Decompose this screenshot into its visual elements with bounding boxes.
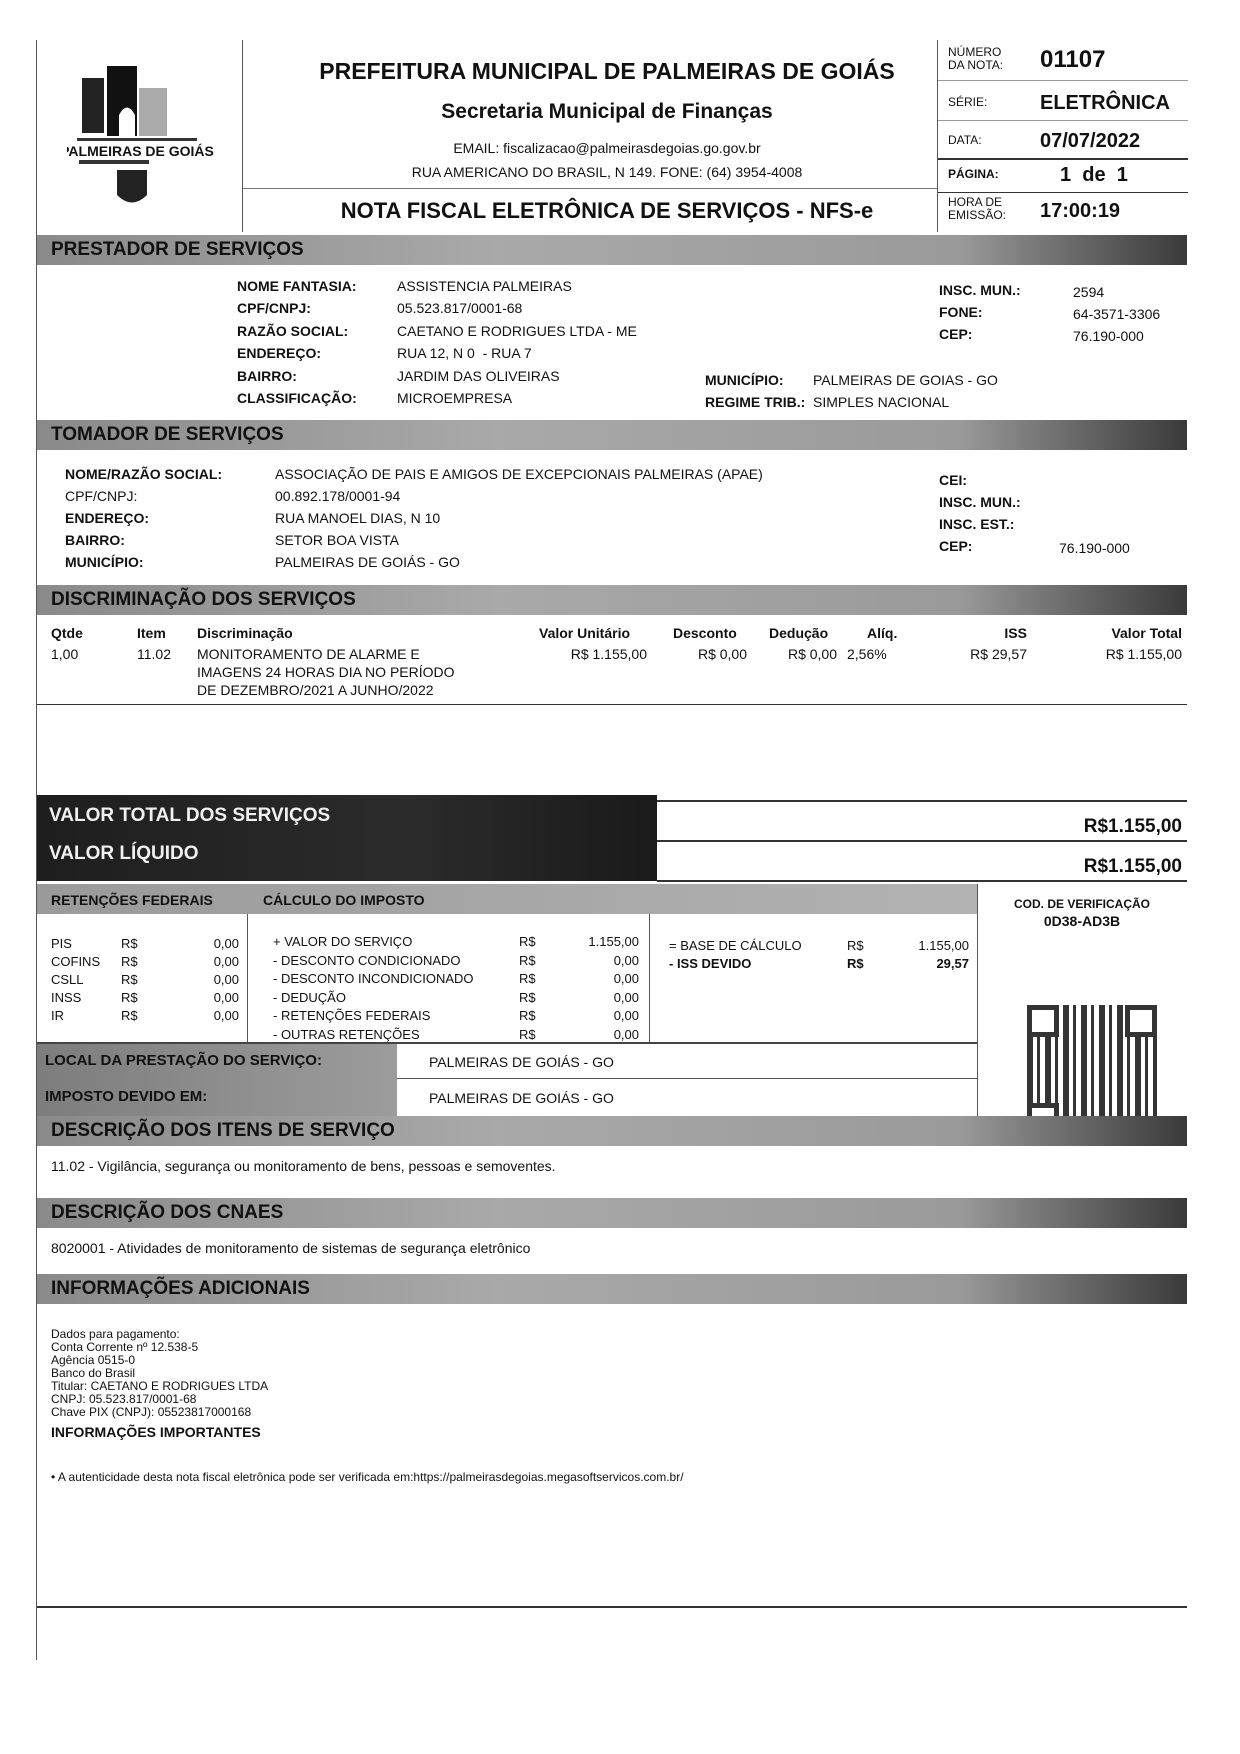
base-calculo-currency: R$ <box>847 956 864 971</box>
serie-label: SÉRIE: <box>948 96 987 109</box>
calculo-currency: R$ <box>519 953 536 968</box>
prestador-label: BAIRRO: <box>237 368 297 384</box>
prestador-fone: 64-3571-3306 <box>1073 306 1160 322</box>
tomador-label: NOME/RAZÃO SOCIAL: <box>65 466 222 482</box>
base-calculo-currency: R$ <box>847 938 864 953</box>
valor-liquido-label: VALOR LÍQUIDO <box>49 843 199 865</box>
section-tomador: TOMADOR DE SERVIÇOS <box>37 420 1187 450</box>
calculo-label: - DEDUÇÃO <box>273 990 346 1005</box>
prestador-cep: 76.190-000 <box>1073 328 1144 344</box>
cnaes-text: 8020001 - Atividades de monitoramento de… <box>51 1240 530 1256</box>
prestador-endereco: RUA 12, N 0 - RUA 7 <box>397 345 532 361</box>
prestador-label: CEP: <box>939 326 972 342</box>
retencao-currency: R$ <box>121 954 138 969</box>
prestador-label: FONE: <box>939 304 983 320</box>
retencao-label: IR <box>51 1008 64 1023</box>
retencao-value: 0,00 <box>177 954 239 969</box>
calculo-value: 1.155,00 <box>557 934 639 949</box>
prefeitura-title: PREFEITURA MUNICIPAL DE PALMEIRAS DE GOI… <box>257 58 957 85</box>
data-label: DATA: <box>948 134 982 147</box>
retencao-label: CSLL <box>51 972 84 987</box>
calculo-label: - RETENÇÕES FEDERAIS <box>273 1008 430 1023</box>
imposto-devido-label: IMPOSTO DEVIDO EM: <box>45 1088 207 1105</box>
payment-info-line: Chave PIX (CNPJ): 05523817000168 <box>51 1406 268 1419</box>
retencao-currency: R$ <box>121 1008 138 1023</box>
retencao-label: INSS <box>51 990 81 1005</box>
row-qtde: 1,00 <box>51 646 78 662</box>
col-iss: ISS <box>957 625 1027 641</box>
row-desconto: R$ 0,00 <box>667 646 747 662</box>
municipal-logo: PALMEIRAS DE GOIÁS <box>67 60 227 220</box>
retencao-value: 0,00 <box>177 972 239 987</box>
calculo-value: 0,00 <box>557 971 639 986</box>
col-discriminacao: Discriminação <box>197 625 293 641</box>
calculo-label: - DESCONTO CONDICIONADO <box>273 953 461 968</box>
retencao-label: PIS <box>51 936 72 951</box>
section-adicionais: INFORMAÇÕES ADICIONAIS <box>37 1274 1187 1304</box>
document-title: NOTA FISCAL ELETRÔNICA DE SERVIÇOS - NFS… <box>257 198 957 224</box>
totals-label-block: VALOR TOTAL DOS SERVIÇOS VALOR LÍQUIDO <box>37 795 657 881</box>
verification-label: COD. DE VERIFICAÇÃO <box>987 897 1177 911</box>
retencao-label: COFINS <box>51 954 100 969</box>
note-number: 01107 <box>1040 46 1105 74</box>
col-aliquota: Alíq. <box>867 625 897 641</box>
tomador-label: MUNICÍPIO: <box>65 554 144 570</box>
row-valor-total: R$ 1.155,00 <box>1067 646 1182 662</box>
prestador-bairro: JARDIM DAS OLIVEIRAS <box>397 368 560 384</box>
nfse-document: PALMEIRAS DE GOIÁS PREFEITURA MUNICIPAL … <box>36 40 1187 1660</box>
section-discriminacao: DISCRIMINAÇÃO DOS SERVIÇOS <box>37 585 1187 615</box>
section-itens-servico: DESCRIÇÃO DOS ITENS DE SERVIÇO <box>37 1116 1187 1146</box>
calculo-label: - DESCONTO INCONDICIONADO <box>273 971 474 986</box>
prestador-label: MUNICÍPIO: <box>705 372 784 388</box>
pagina-label: PÁGINA: <box>948 168 999 181</box>
calculo-label: + VALOR DO SERVIÇO <box>273 934 412 949</box>
prestador-cnpj: 05.523.817/0001-68 <box>397 300 522 316</box>
page-indicator: 1 de 1 <box>1060 164 1128 187</box>
tomador-municipio: PALMEIRAS DE GOIÁS - GO <box>275 554 460 570</box>
base-calculo-value: 1.155,00 <box>877 938 969 953</box>
col-valor-total: Valor Total <box>1077 625 1182 641</box>
prestador-label: ENDEREÇO: <box>237 345 321 361</box>
retencao-currency: R$ <box>121 936 138 951</box>
base-calculo-label: - ISS DEVIDO <box>669 956 751 971</box>
row-discriminacao-line: IMAGENS 24 HORAS DIA NO PERÍODO <box>197 664 455 680</box>
prestador-insc-mun: 2594 <box>1073 284 1104 300</box>
prestador-razao-social: CAETANO E RODRIGUES LTDA - ME <box>397 323 637 339</box>
tomador-nome: ASSOCIAÇÃO DE PAIS E AMIGOS DE EXCEPCION… <box>275 466 763 482</box>
row-valor-unitario: R$ 1.155,00 <box>537 646 647 662</box>
contact-email: EMAIL: fiscalizacao@palmeirasdegoias.go.… <box>257 140 957 156</box>
numero-label: NÚMERODA NOTA: <box>948 46 1003 72</box>
tomador-label: ENDEREÇO: <box>65 510 149 526</box>
retencoes-title: RETENÇÕES FEDERAIS <box>51 892 213 908</box>
prestador-label: NOME FANTASIA: <box>237 278 357 294</box>
prestador-label: RAZÃO SOCIAL: <box>237 323 348 339</box>
calculo-title: CÁLCULO DO IMPOSTO <box>263 892 425 908</box>
prestador-municipio: PALMEIRAS DE GOIAS - GO <box>813 372 998 388</box>
retencao-currency: R$ <box>121 990 138 1005</box>
retencao-value: 0,00 <box>177 936 239 951</box>
tomador-bairro: SETOR BOA VISTA <box>275 532 399 548</box>
prestador-classificacao: MICROEMPRESA <box>397 390 512 406</box>
authenticity-note: • A autenticidade desta nota fiscal elet… <box>51 1470 684 1484</box>
imposto-devido-value: PALMEIRAS DE GOIÁS - GO <box>429 1090 614 1106</box>
row-aliquota: 2,56% <box>847 646 887 662</box>
note-meta-box: NÚMERODA NOTA: 01107 SÉRIE: ELETRÔNICA D… <box>937 40 1188 232</box>
local-prestacao-label: LOCAL DA PRESTAÇÃO DO SERVIÇO: <box>45 1052 322 1069</box>
issue-time: 17:00:19 <box>1040 200 1120 223</box>
calculo-currency: R$ <box>519 971 536 986</box>
prestador-nome-fantasia: ASSISTENCIA PALMEIRAS <box>397 278 572 294</box>
col-item: Item <box>137 625 166 641</box>
verification-code: 0D38-AD3B <box>987 913 1177 929</box>
col-qtde: Qtde <box>51 625 83 641</box>
row-item: 11.02 <box>137 646 171 662</box>
tomador-label: INSC. EST.: <box>939 516 1014 532</box>
prestador-regime: SIMPLES NACIONAL <box>813 394 949 410</box>
tomador-label: CPF/CNPJ: <box>65 488 137 504</box>
row-deducao: R$ 0,00 <box>767 646 837 662</box>
svg-text:PALMEIRAS DE GOIÁS: PALMEIRAS DE GOIÁS <box>67 143 214 159</box>
total-servicos-label: VALOR TOTAL DOS SERVIÇOS <box>49 805 330 827</box>
itens-servico-text: 11.02 - Vigilância, segurança ou monitor… <box>51 1158 556 1174</box>
calculo-label: - OUTRAS RETENÇÕES <box>273 1027 420 1042</box>
hora-label: HORA DEEMISSÃO: <box>948 196 1006 222</box>
section-cnaes: DESCRIÇÃO DOS CNAES <box>37 1198 1187 1228</box>
issue-date: 07/07/2022 <box>1040 130 1140 153</box>
prestador-label: CLASSIFICAÇÃO: <box>237 390 357 406</box>
calculo-value: 0,00 <box>557 1027 639 1042</box>
calculo-value: 0,00 <box>557 1008 639 1023</box>
local-prestacao-value: PALMEIRAS DE GOIÁS - GO <box>429 1054 614 1070</box>
city-crest-icon: PALMEIRAS DE GOIÁS <box>67 60 227 220</box>
tomador-cnpj: 00.892.178/0001-94 <box>275 488 400 504</box>
base-calculo-label: = BASE DE CÁLCULO <box>669 938 802 953</box>
tomador-cep: 76.190-000 <box>1059 540 1130 556</box>
base-calculo-value: 29,57 <box>877 956 969 971</box>
prestador-label: CPF/CNPJ: <box>237 300 311 316</box>
calculo-currency: R$ <box>519 1027 536 1042</box>
calculo-value: 0,00 <box>557 990 639 1005</box>
calculo-currency: R$ <box>519 1008 536 1023</box>
tomador-endereco: RUA MANOEL DIAS, N 10 <box>275 510 440 526</box>
prestador-label: REGIME TRIB.: <box>705 394 805 410</box>
contact-address: RUA AMERICANO DO BRASIL, N 149. FONE: (6… <box>257 164 957 180</box>
col-valor-unitario: Valor Unitário <box>539 625 630 641</box>
tomador-label: INSC. MUN.: <box>939 494 1021 510</box>
calculo-currency: R$ <box>519 990 536 1005</box>
retencao-currency: R$ <box>121 972 138 987</box>
calculo-currency: R$ <box>519 934 536 949</box>
prestador-label: INSC. MUN.: <box>939 282 1021 298</box>
section-prestador: PRESTADOR DE SERVIÇOS <box>37 235 1187 265</box>
valor-liquido: R$1.155,00 <box>897 856 1182 878</box>
col-desconto: Desconto <box>673 625 737 641</box>
tomador-label: CEI: <box>939 472 967 488</box>
calculo-value: 0,00 <box>557 953 639 968</box>
retencao-value: 0,00 <box>177 990 239 1005</box>
informacoes-importantes-title: INFORMAÇÕES IMPORTANTES <box>51 1424 261 1440</box>
secretaria-subtitle: Secretaria Municipal de Finanças <box>257 100 957 124</box>
retencao-value: 0,00 <box>177 1008 239 1023</box>
serie-value: ELETRÔNICA <box>1040 92 1170 115</box>
col-deducao: Dedução <box>769 625 828 641</box>
row-iss: R$ 29,57 <box>937 646 1027 662</box>
row-discriminacao-line: MONITORAMENTO DE ALARME E <box>197 646 420 662</box>
tomador-label: CEP: <box>939 538 972 554</box>
row-discriminacao-line: DE DEZEMBRO/2021 A JUNHO/2022 <box>197 682 434 698</box>
tomador-label: BAIRRO: <box>65 532 125 548</box>
payment-info: Dados para pagamento:Conta Corrente nº 1… <box>51 1328 268 1419</box>
valor-total-servicos: R$1.155,00 <box>897 816 1182 838</box>
